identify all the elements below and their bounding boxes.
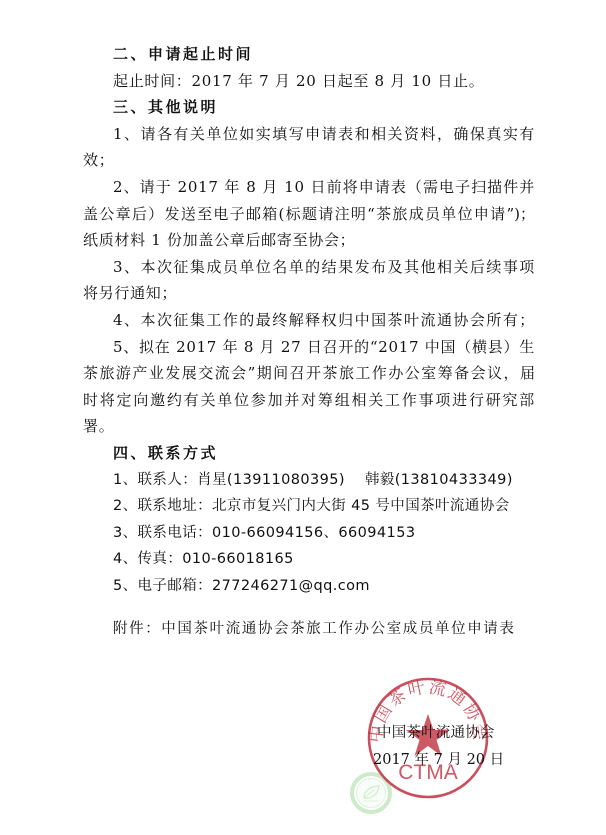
contact-fax: 4、传真：010-66018165	[83, 546, 535, 573]
signature-date: 2017 年 7 月 20 日	[373, 749, 504, 771]
section-heading-contact: 四、联系方式	[83, 440, 535, 467]
signature-organization: 中国茶叶流通协会	[377, 722, 495, 744]
section-heading-other-notes: 三、其他说明	[83, 94, 535, 121]
note-1-line-1: 1、请各有关单位如实填写申请表和相关资料，确保真实有	[83, 121, 535, 148]
note-5-line-2: 茶旅游产业发展交流会”期间召开茶旅工作办公室筹备会议，届	[83, 360, 535, 387]
contact-email: 5、电子邮箱：277246271@qq.com	[83, 573, 535, 600]
note-2-line-1: 2、请于 2017 年 8 月 10 日前将申请表（需电子扫描件并加	[83, 174, 535, 201]
note-2-line-3: 纸质材料 1 份加盖公章后邮寄至协会；	[83, 227, 535, 254]
contact-persons: 1、联系人：肖星(13911080395) 韩毅(13810433349)	[83, 467, 535, 494]
contact-phone: 3、联系电话：010-66094156、66094153	[83, 520, 535, 547]
note-5-line-1: 5、拟在 2017 年 8 月 27 日召开的“2017 中国（横县）生态	[83, 334, 535, 361]
note-2-line-2: 盖公章后）发送至电子邮箱(标题请注明“茶旅成员单位申请”)；	[83, 201, 535, 228]
section-heading-application-period: 二、申请起止时间	[83, 41, 535, 68]
note-3-line-2: 将另行通知；	[83, 280, 535, 307]
document-body: 二、申请起止时间 起止时间：2017 年 7 月 20 日起至 8 月 10 日…	[83, 41, 535, 599]
note-5-line-3: 时将定向邀约有关单位参加并对筹组相关工作事项进行研究部	[83, 387, 535, 414]
contact-address: 2、联系地址：北京市复兴门内大街 45 号中国茶叶流通协会	[83, 493, 535, 520]
note-1-line-2: 效；	[83, 147, 535, 174]
note-4-line-1: 4、本次征集工作的最终解释权归中国茶叶流通协会所有；	[83, 307, 535, 334]
note-3-line-1: 3、本次征集成员单位名单的结果发布及其他相关后续事项	[83, 254, 535, 281]
note-5-line-4: 署。	[83, 413, 535, 440]
application-period-text: 起止时间：2017 年 7 月 20 日起至 8 月 10 日止。	[83, 68, 535, 95]
attachment-note: 附件：中国茶叶流通协会茶旅工作办公室成员单位申请表	[113, 616, 516, 642]
